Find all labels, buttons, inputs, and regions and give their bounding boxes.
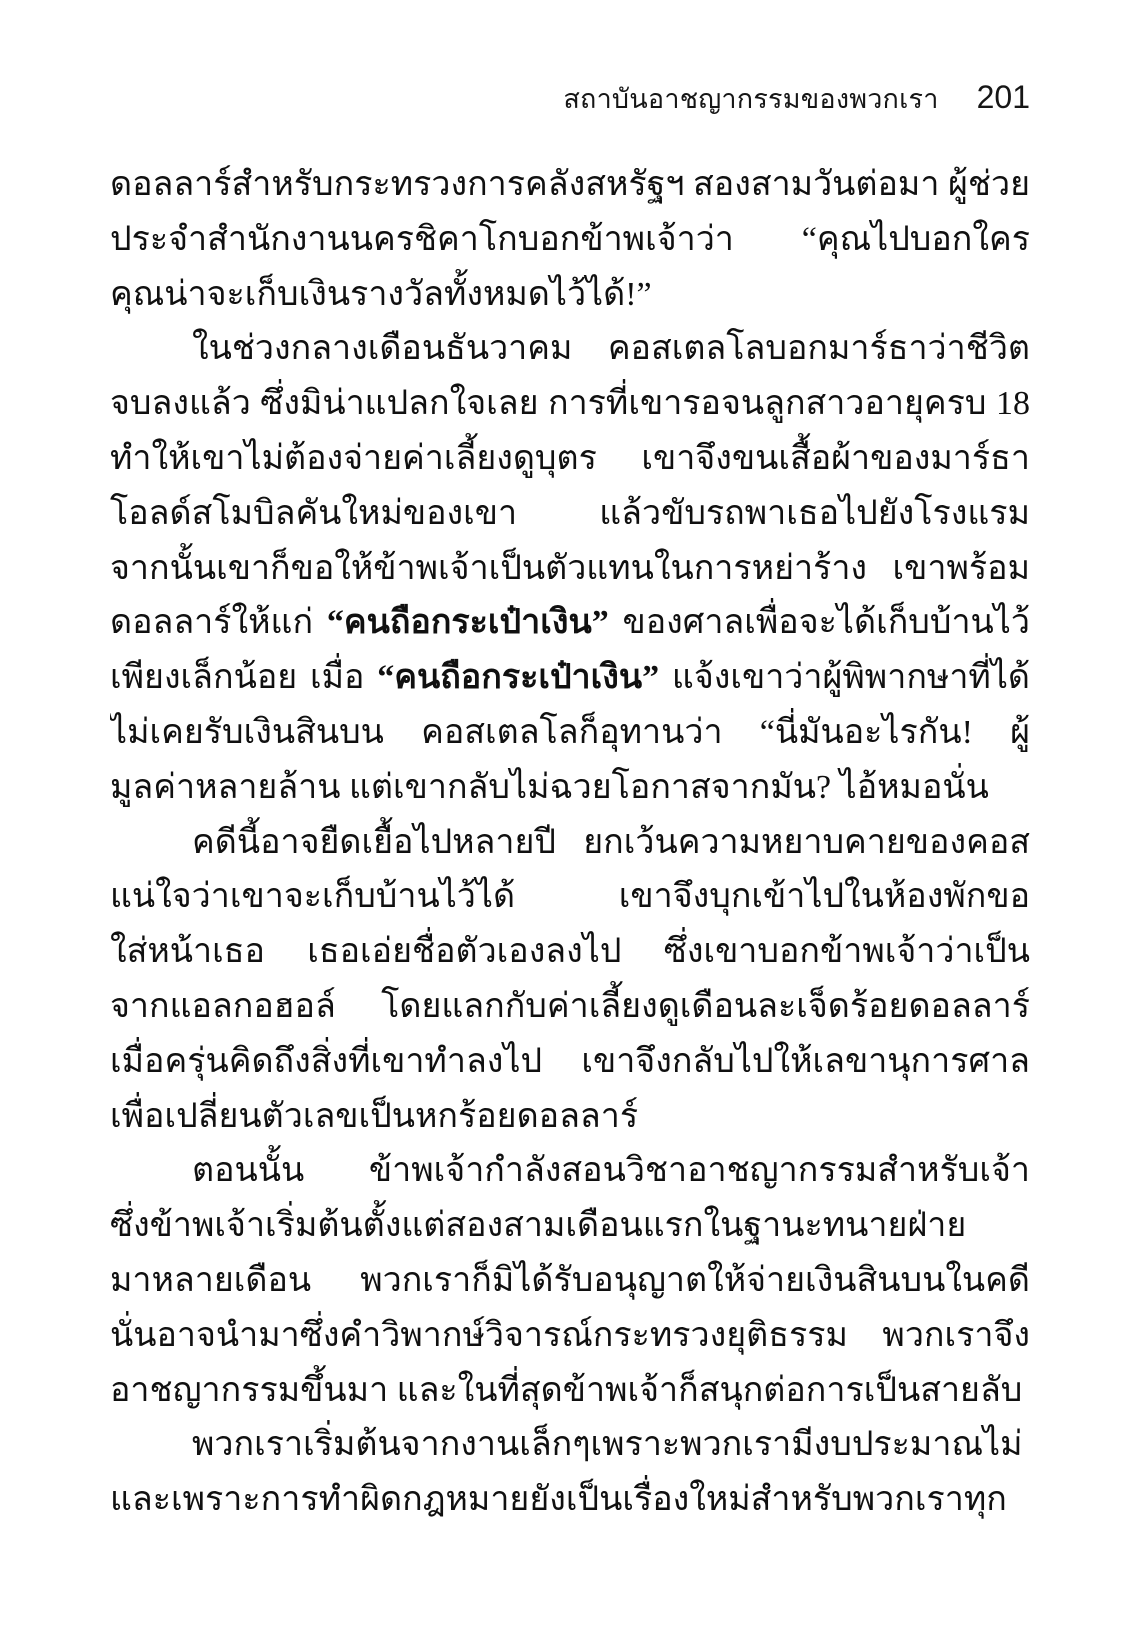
text-segment: เพียงเล็กน้อย เมื่อ [110, 659, 377, 696]
text-line: เมื่อครุ่นคิดถึงสิ่งที่เขาทำลงไป เขาจึงก… [110, 1035, 1030, 1090]
text-segment: ไม่เคยรับเงินสินบน คอสเตลโลก็อุทานว่า “น… [110, 714, 1030, 761]
text-line: เพียงเล็กน้อย เมื่อ “คนถือกระเป๋าเงิน” แ… [110, 651, 1030, 706]
text-line: ประจำสำนักงานนครชิคาโกบอกข้าพเจ้าว่า “คุ… [110, 213, 1030, 268]
text-line: จากนั้นเขาก็ขอให้ข้าพเจ้าเป็นตัวแทนในการ… [110, 542, 1030, 597]
text-segment: นั่นอาจนำมาซึ่งคำวิพากษ์วิจารณ์กระทรวงยุ… [110, 1317, 1030, 1364]
text-segment: ซึ่งข้าพเจ้าเริ่มต้นตั้งแต่สองสามเดือนแร… [110, 1207, 1030, 1254]
text-segment: ทำให้เขาไม่ต้องจ่ายค่าเลี้ยงดูบุตร เขาจึ… [110, 440, 1030, 487]
text-line: อาชญากรรมขึ้นมา และในที่สุดข้าพเจ้าก็สนุ… [110, 1364, 1030, 1419]
text-line: ใส่หน้าเธอ เธอเอ่ยชื่อตัวเองลงไป ซึ่งเขา… [110, 925, 1030, 980]
text-segment: คดีนี้อาจยืดเยื้อไปหลายปี ยกเว้นความหยาบ… [110, 824, 1030, 871]
body-text: ดอลลาร์สำหรับกระทรวงการคลังสหรัฐฯ สองสาม… [110, 158, 1030, 1528]
text-segment: คุณน่าจะเก็บเงินรางวัลทั้งหมดไว้ได้!” [110, 276, 652, 313]
text-segment: ดอลลาร์ให้แก่ [110, 604, 327, 641]
text-line: มูลค่าหลายล้าน แต่เขากลับไม่ฉวยโอกาสจากม… [110, 761, 1030, 816]
text-segment: จบลงแล้ว ซึ่งมิน่าแปลกใจเลย การที่เขารอจ… [110, 385, 1030, 432]
text-line: เพื่อเปลี่ยนตัวเลขเป็นหกร้อยดอลลาร์ [110, 1090, 1030, 1145]
text-segment: มาหลายเดือน พวกเราก็มิได้รับอนุญาตให้จ่า… [110, 1262, 1030, 1309]
text-line: และเพราะการทำผิดกฎหมายยังเป็นเรื่องใหม่ส… [110, 1473, 1030, 1528]
text-segment: เพื่อเปลี่ยนตัวเลขเป็นหกร้อยดอลลาร์ [110, 1098, 638, 1135]
text-segment: ตอนนั้น ข้าพเจ้ากำลังสอนวิชาอาชญากรรมสำห… [110, 1152, 1030, 1199]
text-segment: พวกเราเริ่มต้นจากงานเล็กๆเพราะพวกเรามีงบ… [110, 1426, 1023, 1473]
text-segment: ในช่วงกลางเดือนธันวาคม คอสเตลโลบอกมาร์ธา… [110, 330, 1030, 377]
text-segment: เมื่อครุ่นคิดถึงสิ่งที่เขาทำลงไป เขาจึงก… [110, 1043, 1030, 1090]
text-segment: อาชญากรรมขึ้นมา และในที่สุดข้าพเจ้าก็สนุ… [110, 1372, 1022, 1409]
page-number: 201 [977, 80, 1030, 114]
text-segment: ดอลลาร์สำหรับกระทรวงการคลังสหรัฐฯ สองสาม… [110, 166, 1030, 213]
text-line: คดีนี้อาจยืดเยื้อไปหลายปี ยกเว้นความหยาบ… [110, 816, 1030, 871]
text-segment: และเพราะการทำผิดกฎหมายยังเป็นเรื่องใหม่ส… [110, 1481, 1030, 1528]
text-segment: จากนั้นเขาก็ขอให้ข้าพเจ้าเป็นตัวแทนในการ… [110, 550, 1030, 597]
text-line: พวกเราเริ่มต้นจากงานเล็กๆเพราะพวกเรามีงบ… [110, 1418, 1030, 1473]
book-page: สถาบันอาชญากรรมของพวกเรา 201 ดอลลาร์สำหร… [0, 0, 1126, 1638]
text-line: มาหลายเดือน พวกเราก็มิได้รับอนุญาตให้จ่า… [110, 1254, 1030, 1309]
text-line: ดอลลาร์ให้แก่ “คนถือกระเป๋าเงิน” ของศาลเ… [110, 596, 1030, 651]
chapter-title: สถาบันอาชญากรรมของพวกเรา [563, 82, 938, 116]
text-line: ดอลลาร์สำหรับกระทรวงการคลังสหรัฐฯ สองสาม… [110, 158, 1030, 213]
text-line: แน่ใจว่าเขาจะเก็บบ้านไว้ได้ เขาจึงบุกเข้… [110, 870, 1030, 925]
bold-text-segment: “คนถือกระเป๋าเงิน” [327, 604, 609, 641]
bold-text-segment: “คนถือกระเป๋าเงิน” [377, 659, 659, 696]
text-line: โอลด์สโมบิลคันใหม่ของเขา แล้วขับรถพาเธอไ… [110, 487, 1030, 542]
text-line: ซึ่งข้าพเจ้าเริ่มต้นตั้งแต่สองสามเดือนแร… [110, 1199, 1030, 1254]
text-segment: ใส่หน้าเธอ เธอเอ่ยชื่อตัวเองลงไป ซึ่งเขา… [110, 933, 1030, 980]
text-segment: จากแอลกอฮอล์ โดยแลกกับค่าเลี้ยงดูเดือนละ… [110, 988, 1030, 1035]
running-header: สถาบันอาชญากรรมของพวกเรา 201 [110, 80, 1030, 116]
text-line: นั่นอาจนำมาซึ่งคำวิพากษ์วิจารณ์กระทรวงยุ… [110, 1309, 1030, 1364]
text-line: ไม่เคยรับเงินสินบน คอสเตลโลก็อุทานว่า “น… [110, 706, 1030, 761]
text-line: ในช่วงกลางเดือนธันวาคม คอสเตลโลบอกมาร์ธา… [110, 322, 1030, 377]
text-line: คุณน่าจะเก็บเงินรางวัลทั้งหมดไว้ได้!” [110, 268, 1030, 323]
text-line: จบลงแล้ว ซึ่งมิน่าแปลกใจเลย การที่เขารอจ… [110, 377, 1030, 432]
text-segment: มูลค่าหลายล้าน แต่เขากลับไม่ฉวยโอกาสจากม… [110, 769, 989, 816]
text-line: ตอนนั้น ข้าพเจ้ากำลังสอนวิชาอาชญากรรมสำห… [110, 1144, 1030, 1199]
text-line: จากแอลกอฮอล์ โดยแลกกับค่าเลี้ยงดูเดือนละ… [110, 980, 1030, 1035]
text-segment: โอลด์สโมบิลคันใหม่ของเขา แล้วขับรถพาเธอไ… [110, 495, 1030, 542]
text-line: ทำให้เขาไม่ต้องจ่ายค่าเลี้ยงดูบุตร เขาจึ… [110, 432, 1030, 487]
text-segment: ประจำสำนักงานนครชิคาโกบอกข้าพเจ้าว่า “คุ… [110, 221, 1030, 268]
text-segment: แน่ใจว่าเขาจะเก็บบ้านไว้ได้ เขาจึงบุกเข้… [110, 878, 1030, 925]
